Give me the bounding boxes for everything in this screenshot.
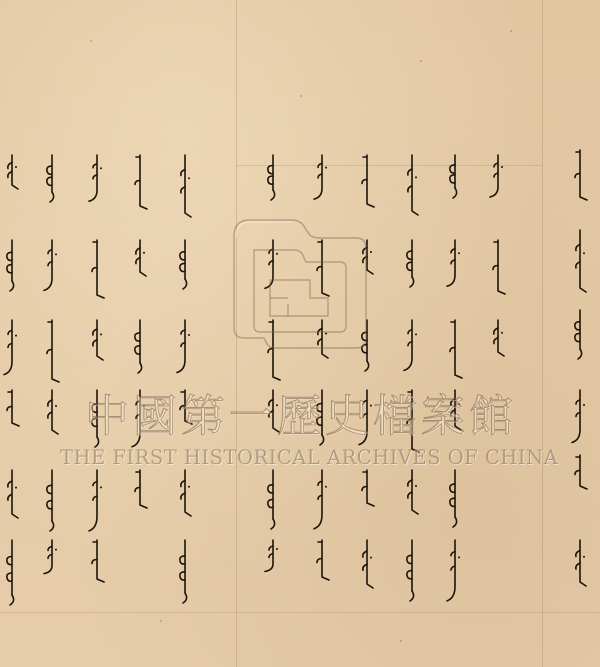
manchu-word [570, 150, 590, 209]
manchu-word [570, 390, 590, 452]
manchu-word [402, 540, 422, 603]
manchu-word [2, 155, 22, 197]
manchu-word [312, 540, 332, 589]
manchu-word [445, 320, 465, 387]
manchu-word [570, 230, 590, 300]
fold-line [236, 0, 237, 667]
manchu-word [263, 470, 283, 531]
manchu-word [357, 240, 377, 282]
manchu-word [445, 240, 465, 296]
manchu-word [357, 155, 377, 216]
manchu-word [570, 540, 590, 594]
manchu-word [357, 540, 377, 596]
manchu-word [42, 540, 62, 584]
manchu-word [42, 320, 62, 391]
manchu-word [2, 470, 22, 526]
manchu-word [445, 155, 465, 200]
manchu-word [175, 240, 195, 291]
manchu-word [87, 390, 107, 449]
manchu-word [130, 320, 150, 375]
paper-speck [300, 95, 302, 97]
manchu-word [175, 155, 195, 225]
manchu-word [312, 240, 332, 305]
manchu-word [175, 470, 195, 524]
manchu-word [263, 240, 283, 298]
manchu-word [42, 470, 62, 533]
manchu-word [87, 540, 107, 591]
manchu-word [357, 320, 377, 373]
manchu-word [488, 320, 508, 364]
manchu-word [263, 320, 283, 389]
manchu-word [402, 470, 422, 522]
manchu-word [42, 155, 62, 204]
manchu-word [175, 540, 195, 605]
manchu-word [87, 240, 107, 307]
paper-speck [160, 620, 162, 622]
manchu-word [42, 240, 62, 300]
manchu-word [175, 390, 195, 433]
manchu-word [2, 540, 22, 607]
manchu-word [312, 155, 332, 209]
manchu-word [312, 320, 332, 366]
manchu-word [2, 320, 22, 384]
manchu-word [488, 155, 508, 207]
paper-speck [400, 640, 402, 642]
manchu-word [130, 155, 150, 218]
manchu-word [130, 470, 150, 517]
manchu-word [402, 240, 422, 289]
manchu-word [87, 470, 107, 540]
manchu-word [488, 240, 508, 303]
manchu-word [570, 455, 590, 498]
fold-line [0, 612, 600, 613]
manchu-word [402, 155, 422, 223]
paper-speck [90, 40, 92, 42]
paper-speck [420, 60, 422, 62]
manchu-word [402, 320, 422, 380]
manchu-word [445, 470, 465, 529]
manchu-word [402, 390, 422, 461]
manchu-word [445, 540, 465, 610]
manchu-word [87, 155, 107, 211]
manchu-word [2, 390, 22, 435]
paper-speck [510, 30, 512, 32]
manchu-word [263, 155, 283, 202]
manchu-word [175, 320, 195, 382]
manchu-word [130, 240, 150, 284]
manchu-word [312, 390, 332, 447]
manchu-word [263, 390, 283, 440]
manchu-word [42, 390, 62, 442]
manchu-word [357, 470, 377, 515]
manchu-word [2, 240, 22, 293]
fold-line [542, 0, 543, 667]
manchu-word [263, 540, 283, 582]
manchu-word [130, 390, 150, 456]
manchu-word [445, 390, 465, 438]
manchu-word [312, 470, 332, 538]
manchu-word [357, 390, 377, 454]
manchu-word [87, 320, 107, 368]
manchu-word [570, 310, 590, 361]
